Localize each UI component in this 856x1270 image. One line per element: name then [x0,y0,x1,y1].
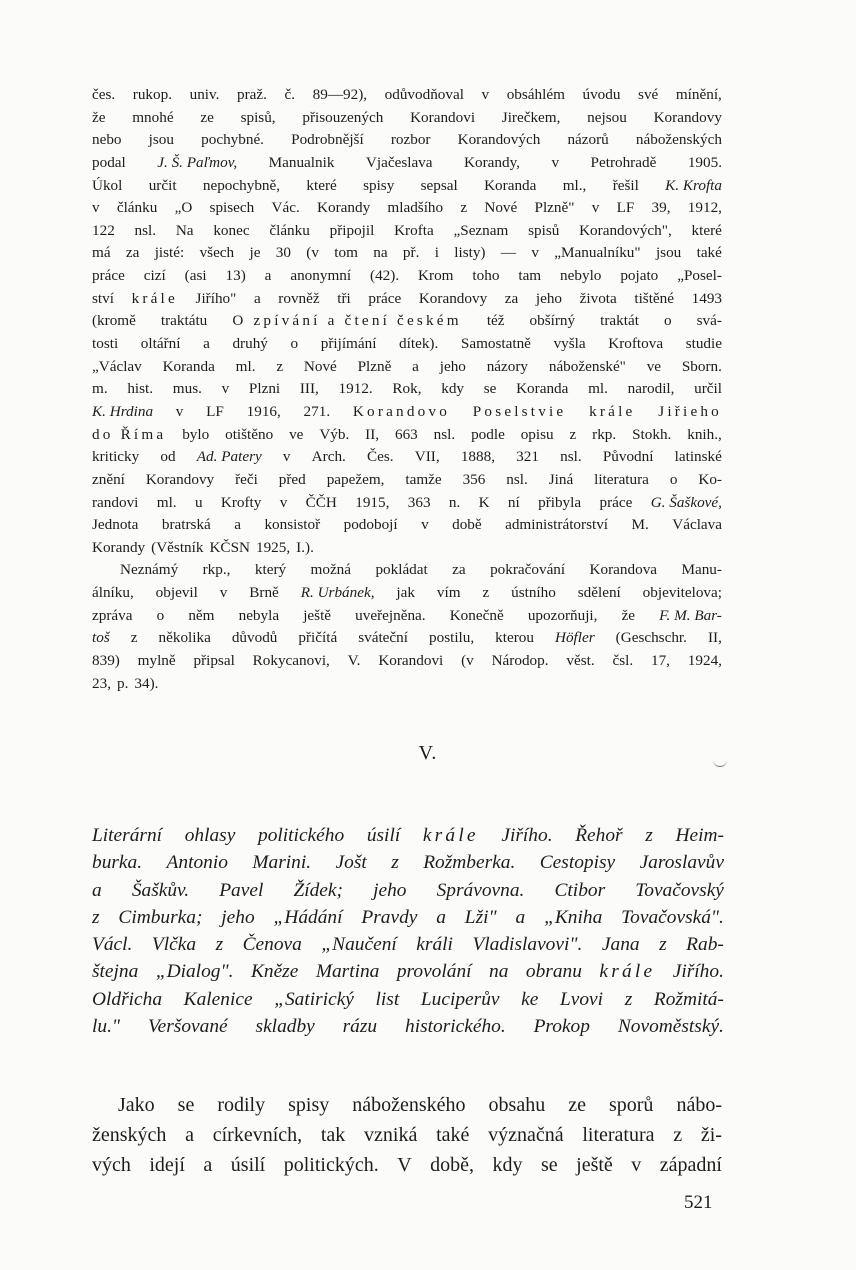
word: a [436,904,446,931]
word: K [479,492,490,515]
word: nsl. [560,446,582,469]
summary-line: zCimburka;jeho„HádáníPravdyaLži"a„KnihaT… [92,904,724,931]
word: života [580,288,617,311]
word: list [376,986,400,1013]
word: 1912, [688,197,722,220]
word: ČČH [306,492,337,515]
word: vyšla [554,333,586,356]
word: podle [471,424,505,447]
word: podal [92,152,126,175]
word: krále [589,401,635,424]
word: III, [300,378,319,401]
word: 1905. [688,152,722,175]
word: dítek). [399,333,438,356]
word: sváteční [358,627,408,650]
word: přisouzených [302,107,383,130]
word: uveřejněna. [355,605,425,628]
word: ústního [511,582,556,605]
footnote-line: 839)mylněpřipsalRokycanovi,V.Korandovi(v… [92,650,722,673]
word: rkp., [203,559,231,582]
footnote-line: žemnohézespisů,přisouzenýchKorandoviJire… [92,107,722,130]
word: Vlčka [152,931,196,958]
footnote-line: m.hist.mus.vPlzniIII,1912.Rok,kdyseKoran… [92,378,722,401]
word: „O [175,197,193,220]
word: z [645,822,653,849]
word: rodily [217,1090,265,1120]
word: (v [461,650,474,673]
body-line: výchidejíaúsilípolitických.Vdobě,kdyseje… [92,1150,722,1180]
word: politického [258,822,344,849]
word: všech [200,242,235,265]
footnote-line: tostioltářníadruhýopřijímánídítek).Samos… [92,333,722,356]
word: také [436,1120,469,1150]
word: K. Krofta [665,175,722,198]
word: z [625,986,633,1013]
summary-line: lu."Veršovanéskladbyrázuhistorického.Pro… [92,1013,724,1040]
word: náboženského [352,1090,465,1120]
word: latinské [675,446,722,469]
word: „Václav [92,356,142,379]
word: řeči [235,469,258,492]
word: 1915, [355,492,389,515]
word: štejna [92,958,138,985]
word: připsal [193,650,234,673]
word: jisté: [155,242,185,265]
word: do Říma [92,424,166,447]
word: burka. [92,849,142,876]
word: Prokop [534,1013,590,1040]
word: Höfler [555,627,595,650]
word: Korandových [458,129,541,152]
word: možná [311,559,351,582]
word: od [160,446,175,469]
word: vzniká [364,1120,417,1150]
word: bratrská [162,514,211,537]
word: sporů [609,1090,653,1120]
word: pojato [620,265,658,288]
word: 321 [516,446,539,469]
word: 839) [92,650,120,673]
word: obsahu [489,1090,546,1120]
word: Literární [92,822,162,849]
summary-line: burka.AntonioMarini.JoštzRožmberka.Cesto… [92,849,724,876]
word: a [234,514,241,537]
word: v [280,492,288,515]
word: Korandovi [378,650,443,673]
word: 1493 [692,288,722,311]
word: tištěné [634,288,674,311]
word: nsl. [434,424,456,447]
word: kterou [495,627,534,650]
word: že [92,107,105,130]
word: O zpívání a čtení českém [232,310,461,333]
word: se [178,1090,195,1120]
word: ství [92,288,114,311]
word: Korandy, [464,152,520,175]
word: Korandovi [410,107,475,130]
word: jsou [149,129,174,152]
word: názorů [567,129,608,152]
word: Vladislavovi". [472,931,582,958]
word: rázu [343,1013,377,1040]
word: době, [430,1150,474,1180]
word: „Manualníku" [554,242,640,265]
word: ve [289,424,303,447]
word: II, [365,424,379,447]
word: obranu [526,958,582,985]
word: 1912. [339,378,373,401]
word: obsáhlém [507,84,565,107]
word: spisy [363,175,394,198]
word: úsilí [231,1150,265,1180]
word: literatura [582,1120,654,1150]
word: univ. [190,84,220,107]
word: pokládat [375,559,427,582]
word: ke [521,986,538,1013]
word: 1924, [688,650,722,673]
word: Jošt [336,849,367,876]
word: a [203,1150,212,1180]
word: Brně [249,582,279,605]
word: svá- [697,310,722,333]
word: Jiřího. [673,958,724,985]
word: J. Š. Paľmov, [157,152,237,175]
word: a [265,265,272,288]
word: R. Urbánek, [301,582,375,605]
word: (asi [185,265,207,288]
word: Stokh. [632,424,671,447]
footnote-line: čes.rukop.univ.praž.č.89—92),odůvodňoval… [92,84,722,107]
word: ze [200,107,213,130]
word: VII, [415,446,440,469]
word: v [551,152,559,175]
word: „Dialog". [156,958,234,985]
word: Korandových", [579,220,672,243]
word: p. [117,673,128,696]
word: přijímání [321,333,377,356]
word: objevitelova; [643,582,722,605]
word: o [157,605,165,628]
word: v [592,197,600,220]
word: konsistoř [264,514,320,537]
footnote-line: Neznámýrkp.,kterýmožnápokládatzapokračov… [92,559,722,582]
word: Heim- [675,822,723,849]
word: studie [686,333,722,356]
word: jeho [536,288,562,311]
word: Šaškův. [132,877,189,904]
word: odůvodňoval [385,84,464,107]
chapter-summary: LiterárníohlasypolitickéhoúsilíkráleJiří… [92,822,724,1040]
word: Výb. [319,424,349,447]
word: Správovna. [437,877,525,904]
word: KČSN [209,537,250,560]
word: též [487,310,505,333]
word: listy) [454,242,485,265]
footnote-line: do ŘímabylootištěnoveVýb.II,663nsl.podle… [92,424,722,447]
word: v [176,401,184,424]
word: a [203,333,210,356]
word: Nové [484,197,517,220]
word: znění [92,469,125,492]
word: své [638,84,658,107]
word: z [460,197,467,220]
word: Korandovy [419,288,487,311]
word: K. Hrdina [92,401,153,424]
word: „Kniha [544,904,602,931]
word: 30 [276,242,291,265]
word: přičítá [298,627,337,650]
word: Tovačovská". [621,904,724,931]
word: konec [213,220,249,243]
word: církevních, [213,1120,302,1150]
word: úsilí [367,822,400,849]
word: Rok, [392,378,421,401]
word: u [195,492,203,515]
word: Martina [316,958,380,985]
word: Petrohradě [591,152,657,175]
word: Poselstvie [473,401,567,424]
word: určit [149,175,177,198]
word: význačná [488,1120,564,1150]
word: Nové [304,356,337,379]
word: vím [437,582,461,605]
chapter-heading: V. [0,742,856,765]
word: řešil [613,175,639,198]
word: LF [206,401,224,424]
word: nebylo [560,265,601,288]
word: lu." [92,1013,120,1040]
word: Plzně" [535,197,575,220]
footnote-line: (kromětraktátuO zpívání a čtení českémté… [92,310,722,333]
word: úvodu [582,84,620,107]
word: v [482,84,490,107]
word: skladby [256,1013,315,1040]
word: Rožmberka. [423,849,515,876]
word: 271. [304,401,331,424]
word: Korandy [92,537,145,560]
word: „Seznam [454,220,509,243]
word: spisů, [241,107,276,130]
word: něm [188,605,214,628]
word: z [659,931,667,958]
word: 34). [134,673,158,696]
word: ml. [236,356,256,379]
word: sepsal [421,175,458,198]
word: objevil [156,582,198,605]
word: knih., [687,424,722,447]
word: z [391,849,399,876]
word: z [482,582,489,605]
word: také [697,242,722,265]
word: z [673,1120,682,1150]
word: narodil, [628,378,675,401]
word: př. [403,242,419,265]
word: na [489,958,508,985]
word: Žídek; [293,877,343,904]
word: Řehoř [575,822,622,849]
summary-line: LiterárníohlasypolitickéhoúsilíkráleJiří… [92,822,724,849]
word: Pavel [219,877,263,904]
word: Původní [603,446,654,469]
page-number: 521 [684,1192,713,1214]
footnote-line: tošzněkolikadůvodůpřičításvátečnípostilu… [92,627,722,650]
summary-line: OldřichaKalenice„SatirickýlistLuciperůvk… [92,986,724,1013]
word: nábo- [676,1090,722,1120]
word: na [373,242,387,265]
word: za [452,559,465,582]
word: Oldřicha [92,986,162,1013]
word: Vjačeslava [366,152,433,175]
word: krále [423,822,479,849]
word: ženských [92,1120,166,1150]
word: jak [396,582,415,605]
word: ži- [701,1120,722,1150]
word: praž. [237,84,267,107]
word: provolání [397,958,472,985]
word: ní [508,492,520,515]
summary-line: štejna„Dialog".KnězeMartinaprovolánínaob… [92,958,724,985]
word: bylo [182,424,209,447]
word: ještě [576,1150,613,1180]
word: Korandovo [353,401,450,424]
word: „Hádání [274,904,343,931]
word: kriticky [92,446,139,469]
word: V [397,1150,411,1180]
word: západní [660,1150,722,1180]
word: vých [92,1150,131,1180]
word: (kromě [92,310,136,333]
word: (Věstník [151,537,203,560]
word: Krofty [221,492,262,515]
word: m. [92,378,108,401]
word: ohlasy [185,822,236,849]
word: mylně [138,650,176,673]
word: před [279,469,306,492]
word: mus. [173,378,202,401]
word: Ad. Patery [197,446,262,469]
word: idejí [149,1150,185,1180]
word: Pravdy [361,904,417,931]
word: „Naučení [321,931,396,958]
word: a [412,356,419,379]
word: a [185,1120,194,1150]
word: Konečně [450,605,504,628]
word: práce [599,492,632,515]
word: Neznámý [120,559,178,582]
word: otištěno [225,424,273,447]
word: historického. [405,1013,506,1040]
word: přibyla [538,492,581,515]
word: článku [117,197,157,220]
word: toš [92,627,110,650]
word: v [283,446,291,469]
word: kdy [441,378,464,401]
word: nebyla [239,605,279,628]
word: že [622,605,635,628]
word: mnohé [132,107,173,130]
word: nsl. [135,220,157,243]
word: hist. [127,378,153,401]
word: Lži" [465,904,497,931]
margin-mark [713,758,727,767]
word: spisů [528,220,559,243]
word: (42). [370,265,399,288]
footnote-line: včlánku„OspisechVác.KorandymladšíhozNové… [92,197,722,220]
word: upozorňuji, [528,605,598,628]
word: Jiřího" [196,288,237,311]
word: čsl. [612,650,633,673]
word: jeho [440,356,466,379]
word: nsl. [506,469,528,492]
word: z [570,424,577,447]
word: a [516,904,526,931]
word: krále [132,288,178,311]
word: Korandovy [654,107,722,130]
word: — [501,242,516,265]
body-text: Jakoserodilyspisynáboženskéhoobsahuzespo… [92,1090,722,1180]
word: Úkol [92,175,122,198]
word: je [249,242,260,265]
word: jeho [373,877,406,904]
word: králi [416,931,453,958]
word: Rab- [686,931,724,958]
word: Václava [672,514,722,537]
word: 17, [651,650,670,673]
word: se [484,378,497,401]
word: tam [518,265,541,288]
word: náboženské" [549,356,626,379]
word: (Geschschr. [616,627,687,650]
footnote-line: 122nsl.NakonecčlánkupřipojilKrofta„Sezna… [92,220,722,243]
word: spisy [288,1090,329,1120]
word: Podrobnější [291,129,364,152]
word: jsou [656,242,681,265]
word: Jirečkem, [502,107,561,130]
word: v [631,1150,641,1180]
word: administrátorství [505,514,608,537]
summary-line: Václ.VlčkazČenova„NaučeníkráliVladislavo… [92,931,724,958]
footnote-line: zněníKorandovyřečipředpapežem,tamže356ns… [92,469,722,492]
word: Plzně [358,356,392,379]
word: Cestopisy [540,849,615,876]
word: Jako [118,1090,155,1120]
word: v [92,197,100,220]
footnote-line: Korandy(VěstníkKČSN1925,I.). [92,537,722,560]
word: opisu [521,424,554,447]
word: 1925, [256,537,290,560]
word: nebo [92,129,122,152]
word: tom [334,242,358,265]
word: několika [159,627,211,650]
word: za [505,288,518,311]
word: tak [321,1120,345,1150]
body-line: ženskýchacírkevních,takvznikátakévýznačn… [92,1120,722,1150]
word: ml., [563,175,587,198]
word: álníku, [92,582,134,605]
word: spisech [210,197,255,220]
word: Kroftova [608,333,663,356]
word: (v [306,242,319,265]
footnote-line: Jednotabratrskáakonsistořpodobojívdoběad… [92,514,722,537]
word: v [222,378,230,401]
word: době [452,514,482,537]
word: Veršované [148,1013,228,1040]
word: z [92,904,100,931]
word: tři [337,288,351,311]
word: rovněž [278,288,319,311]
word: Samostatně [461,333,531,356]
word: rozbor [391,129,431,152]
